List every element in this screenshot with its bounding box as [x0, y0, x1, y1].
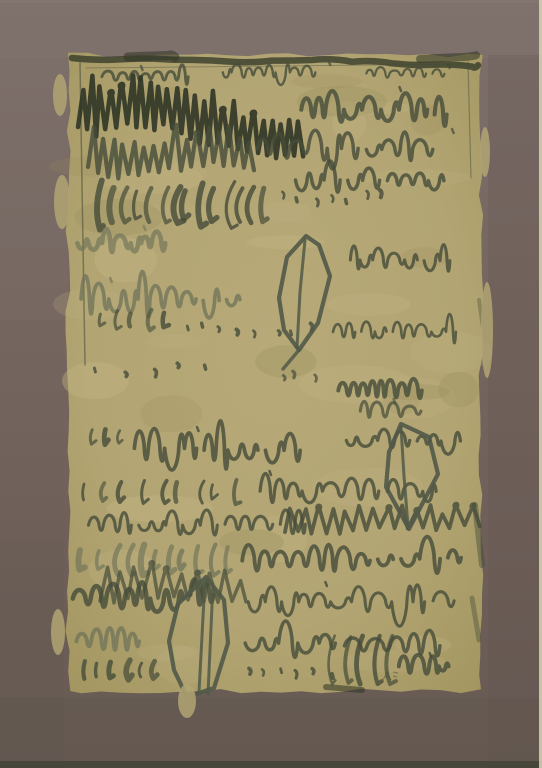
artwork-photo [0, 0, 542, 768]
painting-svg [0, 0, 542, 768]
